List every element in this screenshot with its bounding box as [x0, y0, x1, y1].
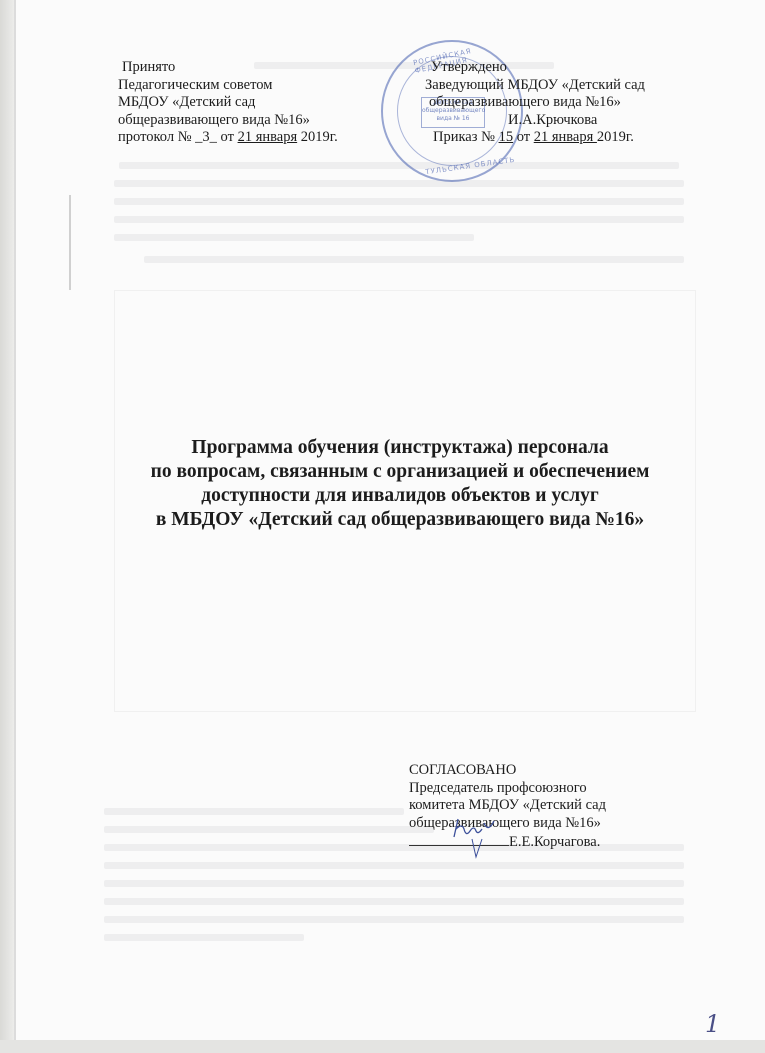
bleed-through-text: [104, 898, 684, 905]
accepted-line: МБДОУ «Детский сад: [118, 94, 338, 112]
bleed-through-text: [104, 826, 434, 833]
bleed-through-text: [104, 934, 304, 941]
agreed-line: комитета МБДОУ «Детский сад: [409, 797, 606, 815]
handwritten-page-number: 1: [705, 1010, 720, 1038]
bleed-through-text: [104, 808, 404, 815]
accepted-line: общеразвивающего вида №16»: [118, 112, 338, 130]
bleed-through-text: [104, 862, 684, 869]
approved-block: Утверждено Заведующий МБДОУ «Детский сад…: [425, 59, 645, 147]
accepted-block: Принято Педагогическим советом МБДОУ «Де…: [118, 59, 338, 147]
scan-left-edge: [0, 0, 14, 1053]
bleed-through-text: [114, 234, 474, 241]
approved-signatory: И.А.Крючкова: [425, 112, 645, 130]
bleed-through-text: [104, 880, 684, 887]
bleed-through-text: [104, 916, 684, 923]
agreed-heading: СОГЛАСОВАНО: [409, 762, 606, 780]
agreed-signatory: Е.Е.Корчагова.: [509, 834, 600, 850]
protocol-line: протокол № _3_ от 21 января 2019г.: [118, 129, 338, 147]
bleed-through-text: [114, 198, 684, 205]
scan-bottom-edge: [0, 1040, 765, 1053]
protocol-number: _3_: [195, 129, 217, 145]
accepted-heading: Принято: [118, 59, 338, 77]
bleed-through-text: [119, 162, 679, 169]
protocol-date: 21 января: [238, 129, 298, 145]
approved-heading: Утверждено: [425, 59, 645, 77]
document-title: Программа обучения (инструктажа) персона…: [120, 436, 680, 532]
bleed-through-text: [144, 256, 684, 263]
handwritten-signature-icon: [448, 815, 508, 860]
agreed-line: Председатель профсоюзного: [409, 780, 606, 798]
bleed-through-text: [114, 216, 684, 223]
staple-mark: [69, 195, 71, 290]
accepted-line: Педагогическим советом: [118, 77, 338, 95]
approved-line: общеразвивающего вида №16»: [425, 94, 645, 112]
order-date: 21 января: [534, 129, 597, 145]
order-number: 15: [499, 129, 514, 145]
approved-line: Заведующий МБДОУ «Детский сад: [425, 77, 645, 95]
order-line: Приказ № 15 от 21 января 2019г.: [425, 129, 645, 147]
bleed-through-text: [114, 180, 684, 187]
